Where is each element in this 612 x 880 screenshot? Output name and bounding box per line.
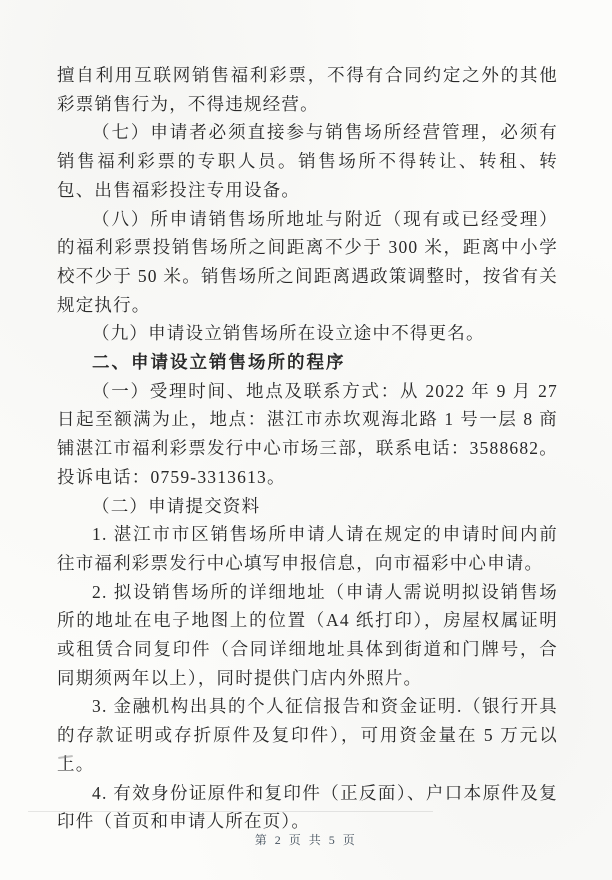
section-heading: 二、申请设立销售场所的程序 [57,348,558,377]
paragraph-subitem-3: 3. 金融机构出具的个人征信报告和资金证明.（银行开具的存款证明或存折原件及复印… [57,692,558,778]
page-number-footer: 第 2 页 共 5 页 [0,831,612,848]
document-body: 擅自利用互联网销售福利彩票，不得有合同约定之外的其他彩票销售行为，不得违规经营。… [57,61,558,836]
paragraph-item-2: （二）申请提交资料 [57,492,558,521]
paragraph-subitem-1: 1. 湛江市市区销售场所申请人请在规定的申请时间内前往市福利彩票发行中心填写申报… [57,520,558,577]
paragraph-item-7: （七）申请者必须直接参与销售场所经营管理，必须有销售福利彩票的专职人员。销售场所… [57,118,558,204]
paragraph-item-8: （八）所申请销售场所地址与附近（现有或已经受理）的福利彩票投销售场所之间距离不少… [57,205,558,320]
paragraph-item-1: （一）受理时间、地点及联系方式：从 2022 年 9 月 27 日起至额满为止，… [57,377,558,492]
paragraph-continuation: 擅自利用互联网销售福利彩票，不得有合同约定之外的其他彩票销售行为，不得违规经营。 [57,61,558,118]
paragraph-subitem-2: 2. 拟设销售场所的详细地址（申请人需说明拟设销售场所的地址在电子地图上的位置（… [57,578,558,693]
scan-artifact-line [28,811,433,812]
scanned-document-page: 擅自利用互联网销售福利彩票，不得有合同约定之外的其他彩票销售行为，不得违规经营。… [0,0,612,880]
paragraph-subitem-4: 4. 有效身份证原件和复印件（正反面）、户口本原件及复印件（首页和申请人所在页）… [57,779,558,836]
paragraph-item-9: （九）申请设立销售场所在设立途中不得更名。 [57,319,558,348]
